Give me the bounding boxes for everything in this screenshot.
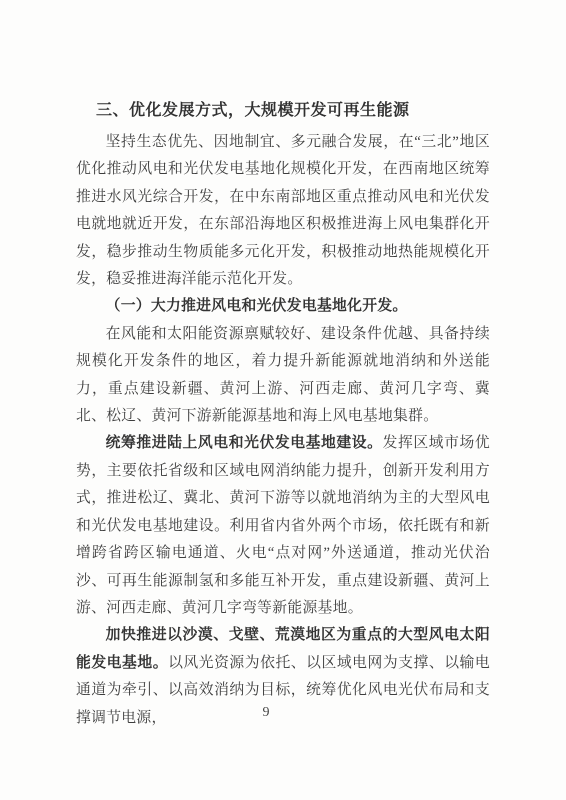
paragraph-onshore: 统筹推进陆上风电和光伏发电基地建设。发挥区域市场优势，主要依托省级和区域电网消纳… [76, 430, 490, 622]
paragraph-text: 坚持生态优先、因地制宜、多元融合发展，在“三北”地区优化推动风电和光伏发电基地化… [76, 134, 490, 287]
paragraph-bases: 在风能和太阳能资源禀赋较好、建设条件优越、具备持续规模化开发条件的地区，着力提升… [76, 321, 490, 431]
paragraph-text: 在风能和太阳能资源禀赋较好、建设条件优越、具备持续规模化开发条件的地区，着力提升… [76, 326, 490, 424]
section-heading: 三、优化发展方式，大规模开发可再生能源 [96, 100, 490, 122]
paragraph-lead: 统筹推进陆上风电和光伏发电基地建设。 [106, 435, 383, 451]
document-page: 三、优化发展方式，大规模开发可再生能源 坚持生态优先、因地制宜、多元融合发展，在… [0, 0, 566, 800]
paragraph-lead: （一）大力推进风电和光伏发电基地化开发。 [106, 298, 408, 314]
paragraph-subheading: （一）大力推进风电和光伏发电基地化开发。 [76, 293, 490, 320]
page-content: 三、优化发展方式，大规模开发可再生能源 坚持生态优先、因地制宜、多元融合发展，在… [76, 100, 490, 732]
page-number: 9 [76, 705, 456, 721]
paragraph-intro: 坚持生态优先、因地制宜、多元融合发展，在“三北”地区优化推动风电和光伏发电基地化… [76, 129, 490, 293]
paragraph-text: 发挥区域市场优势，主要依托省级和区域电网消纳能力提升，创新开发利用方式，推进松辽… [76, 435, 490, 615]
